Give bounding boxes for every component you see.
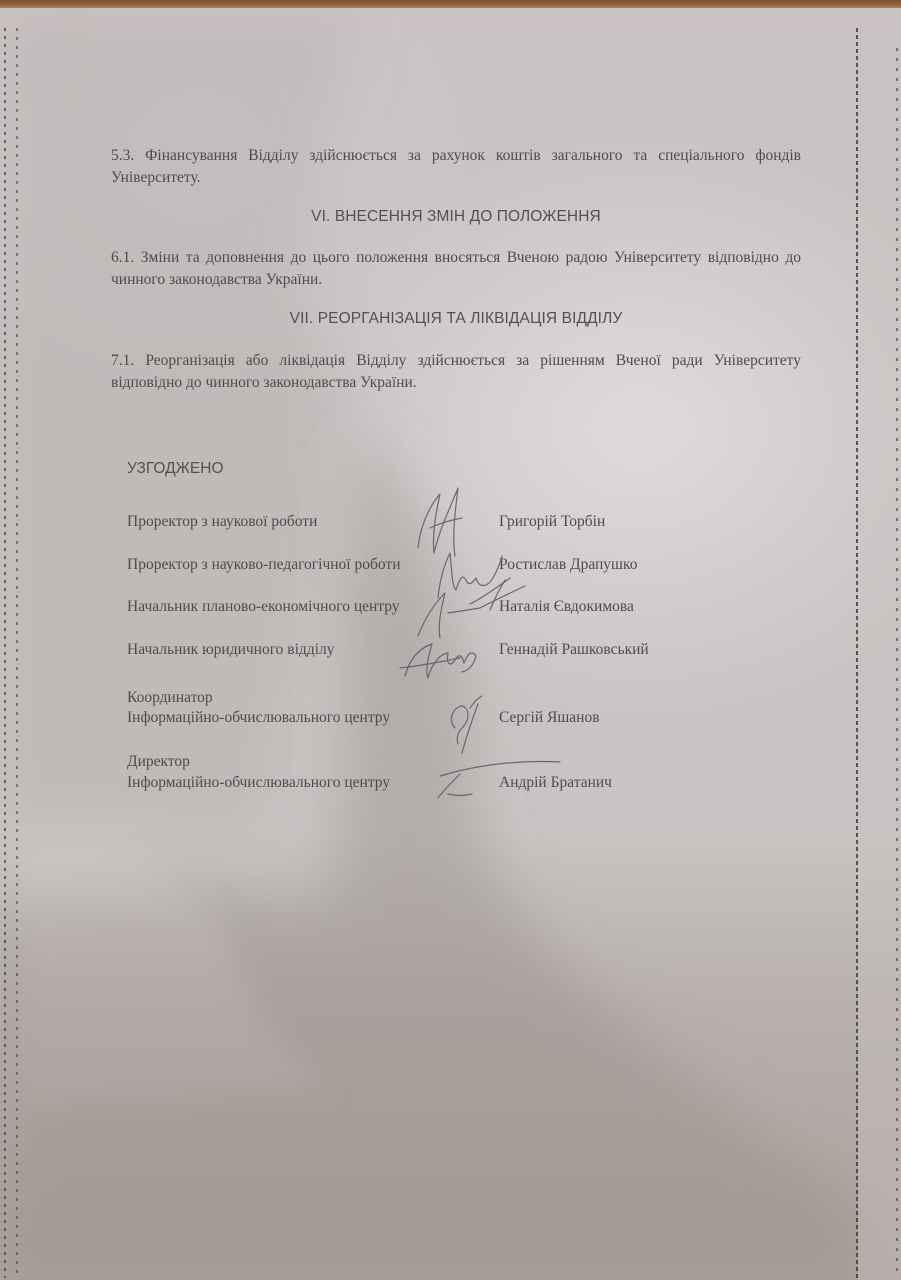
signatory-name: Сергій Яшанов: [499, 707, 600, 729]
signatory-role: Начальник юридичного відділу: [127, 639, 335, 661]
signature-4: [400, 644, 476, 678]
signatory-role: Начальник планово-економічного центру: [127, 596, 400, 618]
signatory-role-unit: Інформаційно-обчислювального центру: [127, 707, 390, 729]
signature-3: [418, 580, 505, 638]
signatory-name: Андрій Братанич: [499, 772, 612, 794]
signatory-name: Григорій Торбін: [499, 511, 605, 533]
signatory-role: Проректор з науково-педагогічної роботи: [127, 554, 401, 576]
document-content: 5.3. Фінансування Відділу здійснюється з…: [0, 8, 901, 1280]
paragraph-5-3: 5.3. Фінансування Відділу здійснюється з…: [111, 145, 801, 189]
signatory-role-title: Директор: [127, 751, 190, 773]
signatory-name: Геннадій Рашковський: [499, 639, 649, 661]
signature-5: [451, 696, 482, 753]
signatory-name: Ростислав Драпушко: [499, 554, 637, 576]
approval-title: УЗГОДЖЕНО: [127, 460, 224, 478]
signatory-role-title: Координатор: [127, 687, 213, 709]
paragraph-6-1: 6.1. Зміни та доповнення до цього положе…: [111, 247, 801, 291]
signatory-role-unit: Інформаційно-обчислювального центру: [127, 772, 390, 794]
paragraph-7-1: 7.1. Реорганізація або ліквідація Відділ…: [111, 350, 801, 394]
document-page: 5.3. Фінансування Відділу здійснюється з…: [0, 8, 901, 1280]
section-heading-vi: VI. ВНЕСЕННЯ ЗМІН ДО ПОЛОЖЕННЯ: [111, 208, 801, 226]
signatory-role: Проректор з наукової роботи: [127, 511, 317, 533]
section-heading-vii: VII. РЕОРГАНІЗАЦІЯ ТА ЛІКВІДАЦІЯ ВІДДІЛУ: [111, 310, 801, 328]
signature-1: [418, 488, 462, 556]
signatory-name: Наталія Євдокимова: [499, 596, 634, 618]
